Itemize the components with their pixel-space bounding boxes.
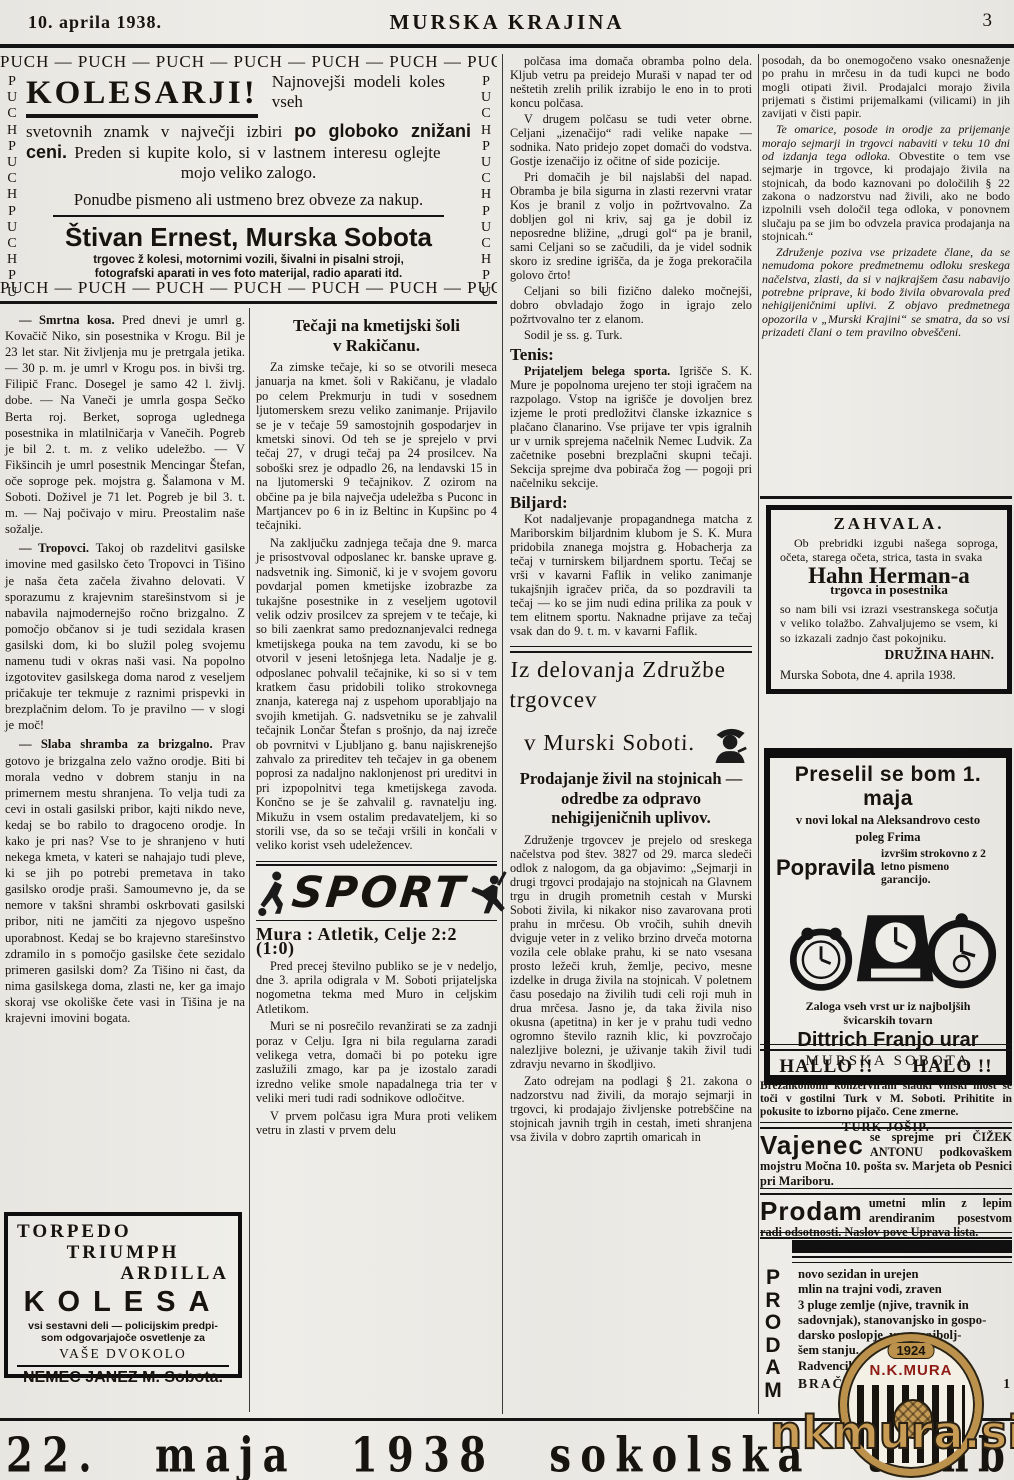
zahvala-body: so nam bili vsi izrazi vsestranskega soč…: [780, 602, 998, 646]
article-text: Takoj ob razdelitvi gasilske imovine med…: [5, 541, 245, 732]
tecaji-title-line1: Tečaji na kmetijski šoli: [256, 316, 497, 336]
article-lead: — Tropovci.: [19, 541, 89, 555]
vajenec-word: Vajenec: [760, 1132, 864, 1158]
puch-merchant-desc-1: trgovec ž kolesi, motornimi vozili, šiva…: [26, 253, 471, 267]
messenger-icon: [710, 723, 752, 763]
odlok-heading: Prodajanje živil na stojnicah — odredbe …: [510, 769, 752, 828]
referee-line: Sodil je ss. g. Turk.: [510, 328, 752, 342]
hallo-word-2: HALO !!: [912, 1056, 992, 1078]
match-continuation-1: polčasa ima domača obramba polno dela. K…: [510, 54, 752, 110]
dittrich-stock-2: švicarskih tovarn: [776, 1013, 1000, 1027]
dittrich-stock-1: Zaloga vseh vrst ur iz najboljših: [776, 999, 1000, 1013]
tecaji-paragraph-1: Za zimske tečaje, ki so se otvorili mese…: [256, 360, 497, 533]
torpedo-kolesa-ad: TORPEDO TRIUMPH ARDILLA KOLESA vsi sesta…: [4, 1212, 242, 1378]
hallo-body: Brezalkoholni konzervirani sladki vinski…: [760, 1080, 1012, 1119]
dittrich-popravila-text: izvršim strokovno z 2 letno pismeno gara…: [881, 848, 1000, 887]
logo-club-name: N.K.MURA: [847, 1362, 975, 1379]
tenis-paragraph: Prijateljem belega sporta. Igrišče S. K.…: [510, 364, 752, 490]
zahvala-place-date: Murska Sobota, dne 4. aprila 1938.: [780, 668, 998, 683]
puch-ad-body: KOLESARJI! Najnovejši modeli koles vseh …: [26, 72, 471, 281]
prodam-double-rule: [792, 1256, 1012, 1263]
match-continuation-4: Celjani so bili fizično daleko močnejši,…: [510, 284, 752, 326]
zdruzba-script-line2: v Murski Soboti.: [523, 728, 695, 758]
torpedo-merchant-name: NEMEC JANEZ M. Sobota.: [17, 1365, 229, 1387]
match-paragraph-3: V prvem polčasu igra Mura proti velikem …: [256, 1109, 497, 1138]
puch-border-bottom: PUCH — PUCH — PUCH — PUCH — PUCH — PUCH …: [0, 278, 497, 298]
biljard-paragraph: Kot nadaljevanje propagandnega matcha z …: [510, 512, 752, 638]
puch-headline: KOLESARJI!: [26, 75, 258, 118]
column-3: polčasa ima domača obramba polno dela. K…: [510, 54, 752, 1144]
match-headline: Mura : Atletik, Celje 2:2 (1:0): [256, 927, 497, 956]
tecaji-title-line2: v Rakičanu.: [256, 336, 497, 356]
athlete-icon: [467, 870, 511, 918]
torpedo-brand-3: ARDILLA: [17, 1263, 229, 1284]
puch-text-2: Preden si kupite kolo, si v lastnem inte…: [67, 143, 441, 162]
rule-above-prodam: [760, 1188, 1012, 1195]
match-continuation-3: Pri domačih je bil najslabši del napad. …: [510, 170, 752, 282]
hallo-word-1: HALLO !!: [779, 1056, 873, 1078]
header-rule: [0, 44, 1014, 48]
rule-above-hallo: [760, 1044, 1012, 1051]
zdruzba-script-line1: Iz delovanja Združbe trgovcev: [509, 655, 753, 715]
zahvala-title: ZAHVALA.: [780, 517, 998, 532]
tenis-lead: Prijateljem belega sporta.: [524, 364, 670, 378]
odlok-paragraph-1: Združenje trgovcev je prejelo od sreskeg…: [510, 833, 752, 1071]
torpedo-text-1: vsi sestavni deli — policijskim predpi-: [17, 1320, 229, 1332]
torpedo-brand-1: TORPEDO: [17, 1221, 229, 1242]
article-text: Prav gotovo je brizgalna zelo važno orod…: [5, 737, 245, 1025]
article-lead: — Smrtna kosa.: [19, 313, 115, 327]
tecaji-paragraph-2: Na zaključku zadnjega tečaja dne 9. marc…: [256, 536, 497, 853]
rule-above-prodam-big: [760, 1232, 1012, 1239]
puch-border-top: PUCH — PUCH — PUCH — PUCH — PUCH — PUCH …: [0, 52, 497, 72]
clocks-illustration: [776, 887, 1000, 997]
tenis-text: Igrišče S. K. Mure je popolnoma urejeno …: [510, 364, 752, 490]
zahvala-obituary-ad: ZAHVALA. Ob prebridki izgubi našega sopr…: [766, 505, 1012, 694]
zdruzenje-poziv-paragraph: Združenje poziva vse prizadete člane, da…: [762, 246, 1010, 339]
zdruzba-script-row: v Murski Soboti.: [510, 723, 752, 763]
column-4: posodah, da bo onemogočeno vsako onesnaž…: [762, 54, 1010, 339]
vajenec-classified-ad: Vajenec se sprejme pri ČIŽEK ANTONU podk…: [760, 1130, 1012, 1188]
odlok-rest-part: Obvestite o tem vse sejmarje in trgovce,…: [762, 149, 1010, 243]
puch-bicycle-ad: PUCH — PUCH — PUCH — PUCH — PUCH — PUCH …: [0, 52, 497, 298]
column-separator-2: [502, 54, 503, 1414]
dittrich-title: Preselil se bom 1. maja: [776, 763, 1000, 811]
match-continuation-2: V drugem polčasu se tudi veter obrne. Ce…: [510, 112, 752, 168]
zahvala-intro: Ob prebridki izgubi našega soproga, očet…: [780, 536, 998, 565]
dittrich-popravila-row: Popravila izvršim strokovno z 2 letno pi…: [776, 848, 1000, 887]
sport-section-banner: SPORT: [256, 861, 497, 921]
match-paragraph-2: Muri se ni posrečilo revanžirati se za z…: [256, 1019, 497, 1105]
dittrich-line-2: poleg Frima: [776, 830, 1000, 845]
article-lead: — Slaba shramba za brizgalno.: [19, 737, 213, 751]
zahvala-signature: DRUŽINA HAHN.: [780, 648, 998, 663]
dittrich-line-1: v novi lokal na Aleksandrovo cesto: [776, 813, 1000, 828]
puch-text-1: svetovnih znamk v največji izbiri: [26, 122, 294, 141]
column-1: — Smrtna kosa. Pred dnevi je umrl g. Kov…: [5, 312, 245, 1026]
puch-side-right: P U C H P U C H P U C H P U: [477, 74, 495, 301]
torpedo-subline: VAŠE DVOKOLO: [17, 1346, 229, 1362]
puch-bottom-rule: [0, 301, 497, 304]
article-text: Pred dnevi je umrl g. Kovačič Niko, sin …: [5, 313, 245, 536]
tecaji-title: Tečaji na kmetijski šoli v Rakičanu.: [256, 316, 497, 356]
biljard-heading: Biljard:: [510, 496, 752, 510]
article-slaba-shramba: — Slaba shramba za brizgalno. Prav gotov…: [5, 736, 245, 1026]
prodam-page-mark: 1: [1003, 1376, 1012, 1392]
column-separator-1: [249, 308, 250, 1412]
footballer-icon: [256, 870, 292, 918]
puch-side-left: P U C H P U C H P U C H P U: [3, 74, 21, 301]
col4-rule: [760, 496, 1012, 499]
article-smrtna-kosa: — Smrtna kosa. Pred dnevi je umrl g. Kov…: [5, 312, 245, 537]
odlok-paragraph-2: Zato odrejam na podlagi § 21. zakona o n…: [510, 1074, 752, 1144]
dittrich-watchmaker-ad: Preselil se bom 1. maja v novi lokal na …: [764, 748, 1012, 1085]
tenis-heading: Tenis:: [510, 348, 752, 362]
puch-offer-line: Ponudbe pismeno ali ustmeno brez obveze …: [53, 190, 445, 217]
puch-text-center: mojo veliko zalogo.: [26, 163, 471, 183]
rule-above-vajenec: [760, 1122, 1012, 1129]
newspaper-title: MURSKA KRAJINA: [0, 10, 1014, 35]
torpedo-brand-2: TRIUMPH: [17, 1242, 229, 1263]
odlok-omarice-paragraph: Te omarice, posode in orodje za prijeman…: [762, 123, 1010, 243]
section-rule: [510, 646, 752, 653]
torpedo-kolesa-word: KOLESA: [17, 1286, 229, 1319]
prodam-vertical-word: P R O D A M: [762, 1267, 784, 1402]
nkmura-site-watermark[interactable]: nkmura.si: [770, 1406, 1014, 1459]
puch-merchant-name: Štivan Ernest, Murska Sobota: [26, 222, 471, 253]
prodam-black-bar: [792, 1240, 1012, 1253]
puch-text: svetovnih znamk v največji izbiri po glo…: [26, 121, 471, 163]
page-number: 3: [983, 10, 993, 32]
dittrich-popravila-word: Popravila: [776, 855, 875, 881]
zahvala-deceased-name: Hahn Herman-a: [780, 569, 998, 584]
puch-lead: Najnovejši modeli koles vseh: [272, 72, 471, 118]
column-2: Tečaji na kmetijski šoli v Rakičanu. Za …: [256, 316, 497, 1138]
prodam-word: Prodam: [760, 1198, 863, 1224]
logo-year-badge: 1924: [888, 1342, 935, 1359]
column-separator-3: [758, 54, 759, 1414]
match-paragraph-1: Pred precej številno publiko se je v ned…: [256, 959, 497, 1017]
sport-banner-word: SPORT: [290, 872, 469, 915]
odlok-continuation: posodah, da bo onemogočeno vsako onesnaž…: [762, 54, 1010, 120]
torpedo-text-2: som odgovarjajoče osvetlenje za: [17, 1332, 229, 1344]
article-tropovci: — Tropovci. Takoj ob razdelitvi gasilske…: [5, 540, 245, 733]
newspaper-page: 10. aprila 1938. MURSKA KRAJINA 3 PUCH —…: [0, 0, 1014, 1480]
